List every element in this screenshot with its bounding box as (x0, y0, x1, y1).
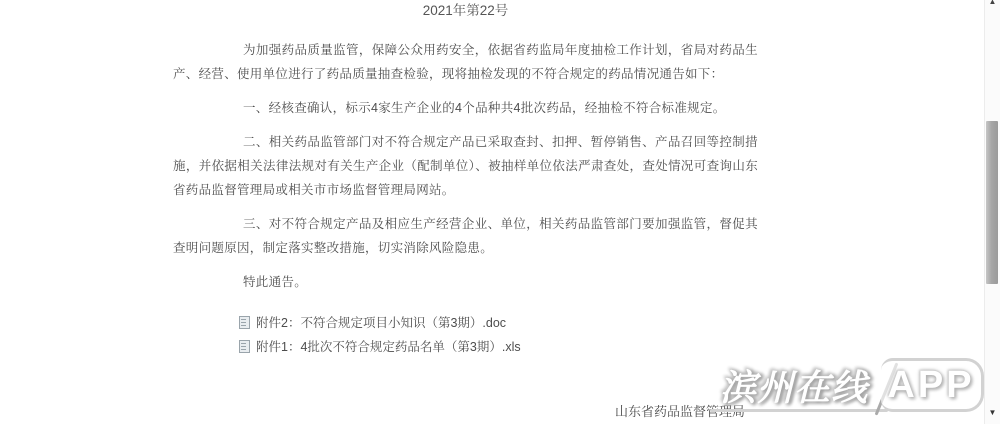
scroll-down-icon[interactable]: ▼ (985, 408, 1000, 418)
attachment-link-1[interactable]: 附件1：4批次不符合规定药品名单（第3期）.xls (239, 334, 758, 358)
paragraph-item-1: 一、经核查确认，标示4家生产企业的4个品种共4批次药品，经抽检不符合标准规定。 (173, 96, 758, 120)
issuer-signature: 山东省药品监督管理局 (173, 403, 758, 421)
watermark-bubble: APP (881, 358, 984, 412)
slash-icon (875, 362, 899, 415)
vertical-scrollbar[interactable]: ▲ ▼ (984, 0, 1000, 424)
scrollbar-thumb[interactable] (986, 121, 998, 284)
paragraph-item-3: 三、对不符合规定产品及相应生产经营企业、单位，相关药品监管部门要加强监管，督促其… (173, 212, 758, 260)
scroll-up-icon[interactable]: ▲ (985, 0, 1000, 7)
paragraph-intro: 为加强药品质量监管，保障公众用药安全，依据省药监局年度抽检工作计划，省局对药品生… (173, 38, 758, 86)
document-page: 2021年第22号 为加强药品质量监管，保障公众用药安全，依据省药监局年度抽检工… (0, 0, 1000, 424)
file-icon (239, 316, 250, 329)
watermark-app-label: APP (887, 366, 974, 404)
attachment-list: 附件2：不符合规定项目小知识（第3期）.doc 附件1：4批次不符合规定药品名单… (173, 310, 758, 358)
closing-notice: 特此通告。 (173, 270, 758, 294)
file-icon (239, 340, 250, 353)
doc-number: 2021年第22号 (173, 0, 758, 20)
attachment-label[interactable]: 附件2：不符合规定项目小知识（第3期）.doc (256, 313, 506, 331)
attachment-link-2[interactable]: 附件2：不符合规定项目小知识（第3期）.doc (239, 310, 758, 334)
notice-body: 2021年第22号 为加强药品质量监管，保障公众用药安全，依据省药监局年度抽检工… (173, 0, 758, 421)
attachment-label[interactable]: 附件1：4批次不符合规定药品名单（第3期）.xls (256, 337, 521, 355)
paragraph-item-2: 二、相关药品监管部门对不符合规定产品已采取查封、扣押、暂停销售、产品召回等控制措… (173, 130, 758, 202)
